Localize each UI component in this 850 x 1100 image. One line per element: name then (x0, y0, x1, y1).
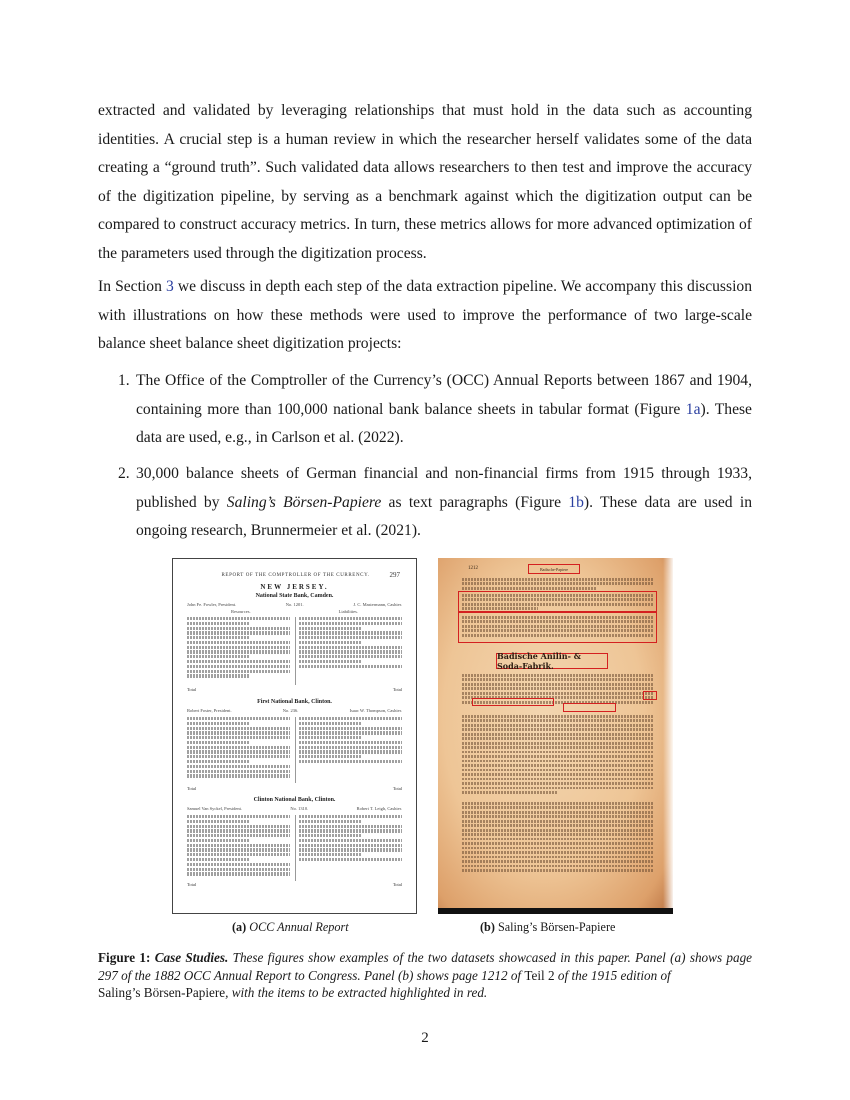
scan-bank-name: First National Bank, Clinton. (173, 699, 416, 705)
scan-balance-table (187, 815, 402, 881)
figure-caption: Figure 1: Case Studies. These figures sh… (98, 949, 752, 1002)
scan-bank-officers: Robert Foster, President. No. 236. Isaac… (187, 708, 402, 713)
scan-cashier: J. C. Mastermann, Cashier. (353, 602, 402, 607)
list-item-saling: 2. 30,000 balance sheets of German finan… (98, 460, 752, 546)
scan-cashier: Isaac W. Thompson, Cashier. (350, 708, 402, 713)
scan-liabilities (299, 815, 402, 863)
scan-president: Samuel Van Syckel, President. (187, 806, 242, 811)
subcaption-b: (b) Saling’s Börsen-Papiere (480, 919, 615, 935)
list-number: 2. (118, 460, 130, 489)
scan-divider (295, 717, 296, 783)
scan-resources (187, 815, 290, 877)
highlight-box (472, 698, 554, 706)
scan-balance-table (187, 717, 402, 783)
scan-liabilities (299, 717, 402, 765)
list-text: as text paragraphs (Figure (381, 494, 568, 511)
caption-title: Case Studies. (155, 950, 229, 965)
paragraph-text: In Section (98, 278, 166, 295)
subcaption-label: (b) (480, 920, 495, 934)
highlight-box (563, 703, 616, 712)
scan-total-label: Total (187, 882, 196, 886)
list-item-occ: 1. The Office of the Comptroller of the … (98, 367, 752, 453)
scan-text-block (462, 578, 653, 591)
scan-charter: No. 236. (283, 708, 299, 713)
scan-column-heads: Resources. Liabilities. (187, 609, 402, 614)
body-paragraph-2: In Section 3 we discuss in depth each st… (98, 273, 752, 359)
scan-total-label: Total (393, 882, 402, 886)
caption-roman: Teil 2 (524, 968, 554, 983)
page-number: 2 (0, 1030, 850, 1047)
scan-text-block (462, 594, 653, 612)
scan-liabilities (299, 617, 402, 670)
scan-balance-table (187, 617, 402, 685)
list-number: 1. (118, 367, 130, 396)
scan-text-block (462, 616, 653, 638)
body-paragraph-1: extracted and validated by leveraging re… (98, 97, 752, 269)
section-reference-link[interactable]: 3 (166, 278, 174, 295)
scan-totals: Total Total (187, 882, 402, 886)
caption-text: , with the items to be extracted highlig… (225, 985, 487, 1000)
subcaption-a: (a) OCC Annual Report (232, 919, 349, 935)
scan-total-label: Total (393, 786, 402, 790)
scan-divider (295, 617, 296, 685)
scan-divider (295, 815, 296, 881)
paper-page: extracted and validated by leveraging re… (0, 0, 850, 1100)
scan-resources (187, 617, 290, 679)
saling-scan: 1212 Badische-Papiere Badische Anilin- &… (438, 558, 673, 914)
scan-text-block (462, 802, 653, 874)
subcaption-label: (a) (232, 920, 246, 934)
figure-1b-link[interactable]: 1b (568, 494, 584, 511)
scan-running-head: REPORT OF THE COMPTROLLER OF THE CURRENC… (193, 573, 398, 578)
scan-edge-shadow (663, 558, 673, 914)
scan-charter: No. 1310. (290, 806, 308, 811)
figure-1a-link[interactable]: 1a (686, 401, 701, 418)
scan-page-number: 297 (390, 571, 401, 579)
scan-bank-officers: John Fe. Fowler, President. No. 1201. J.… (187, 602, 402, 607)
occ-report-scan: REPORT OF THE COMPTROLLER OF THE CURRENC… (172, 558, 417, 914)
scan-resources-head: Resources. (231, 609, 251, 614)
highlight-running-head: Badische-Papiere (528, 564, 580, 574)
scan-text-block (462, 715, 653, 796)
publication-title: Saling’s Börsen-Papiere (227, 494, 382, 511)
scan-resources (187, 717, 290, 779)
subcaption-text: Saling’s Börsen-Papiere (498, 920, 615, 934)
scan-bank-officers: Samuel Van Syckel, President. No. 1310. … (187, 806, 402, 811)
scan-totals: Total Total (187, 786, 402, 790)
list-text: The Office of the Comptroller of the Cur… (136, 372, 752, 418)
scan-total-label: Total (187, 687, 196, 691)
highlight-box (643, 691, 657, 700)
scan-president: Robert Foster, President. (187, 708, 232, 713)
scan-totals: Total Total (187, 687, 402, 691)
scan-charter: No. 1201. (286, 602, 304, 607)
paragraph-text: we discuss in depth each step of the dat… (98, 278, 752, 352)
scan-president: John Fe. Fowler, President. (187, 602, 236, 607)
scan-total-label: Total (187, 786, 196, 790)
scan-cashier: Robert T. Leigh, Cashier. (357, 806, 402, 811)
scan-bank-name: National State Bank, Camden. (173, 593, 416, 599)
scan-liabilities-head: Liabilities. (339, 609, 358, 614)
highlight-company-title: Badische Anilin- & Soda-Fabrik. (496, 653, 608, 669)
scan-bank-name: Clinton National Bank, Clinton. (173, 797, 416, 803)
scan-state-heading: NEW JERSEY. (173, 583, 416, 591)
scan-page-number: 1212 (468, 566, 478, 571)
subcaption-text: OCC Annual Report (249, 920, 348, 934)
caption-label: Figure 1: (98, 950, 150, 965)
caption-roman: Saling’s Börsen-Papiere (98, 985, 225, 1000)
scan-total-label: Total (393, 687, 402, 691)
caption-text: of the 1915 edition of (555, 968, 671, 983)
